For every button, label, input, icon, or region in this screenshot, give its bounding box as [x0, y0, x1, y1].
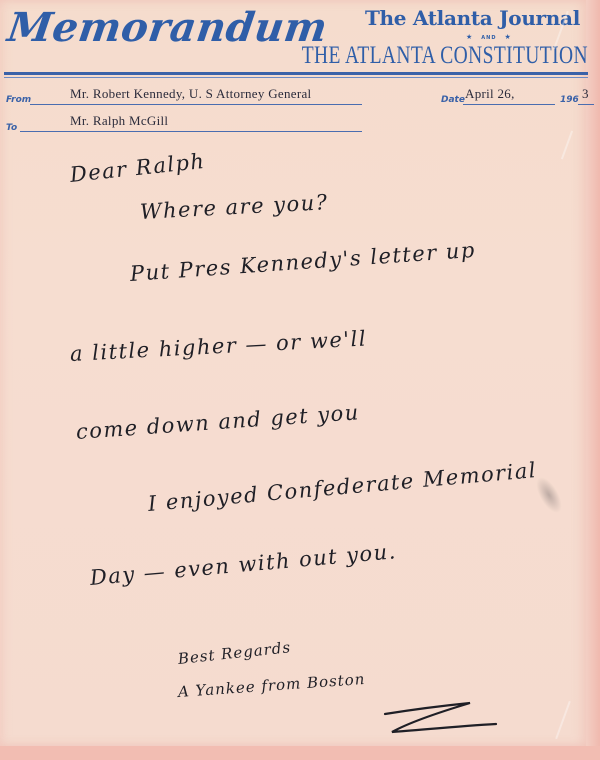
header-rule-thin [4, 77, 588, 78]
from-line [30, 104, 362, 105]
star-icon: ★ [466, 33, 473, 41]
paper-edge-right [586, 0, 600, 760]
year-suffix: 3 [582, 86, 589, 102]
star-icon: ★ [505, 33, 512, 41]
and-label: AND [481, 35, 496, 41]
memo-paper [0, 0, 588, 746]
from-value: Mr. Robert Kennedy, U. S Attorney Genera… [70, 86, 311, 102]
date-label: Date [441, 95, 465, 105]
publication-atlanta-journal: The Atlanta Journal [365, 6, 580, 30]
year-line [578, 104, 594, 105]
from-label: From [6, 95, 31, 105]
header-rule [4, 72, 588, 75]
to-line [20, 131, 362, 132]
memo-title: Memorandum [5, 4, 331, 51]
year-prefix: 196 [560, 95, 579, 105]
to-value: Mr. Ralph McGill [70, 113, 168, 129]
and-separator: ★AND★ [458, 33, 520, 41]
publication-atlanta-constitution: THE ATLANTA CONSTITUTION [302, 42, 588, 70]
date-value: April 26, [465, 86, 515, 102]
to-label: To [6, 123, 17, 133]
signature-mark [380, 700, 500, 740]
date-line [463, 104, 555, 105]
paper-edge-bottom [0, 746, 600, 760]
